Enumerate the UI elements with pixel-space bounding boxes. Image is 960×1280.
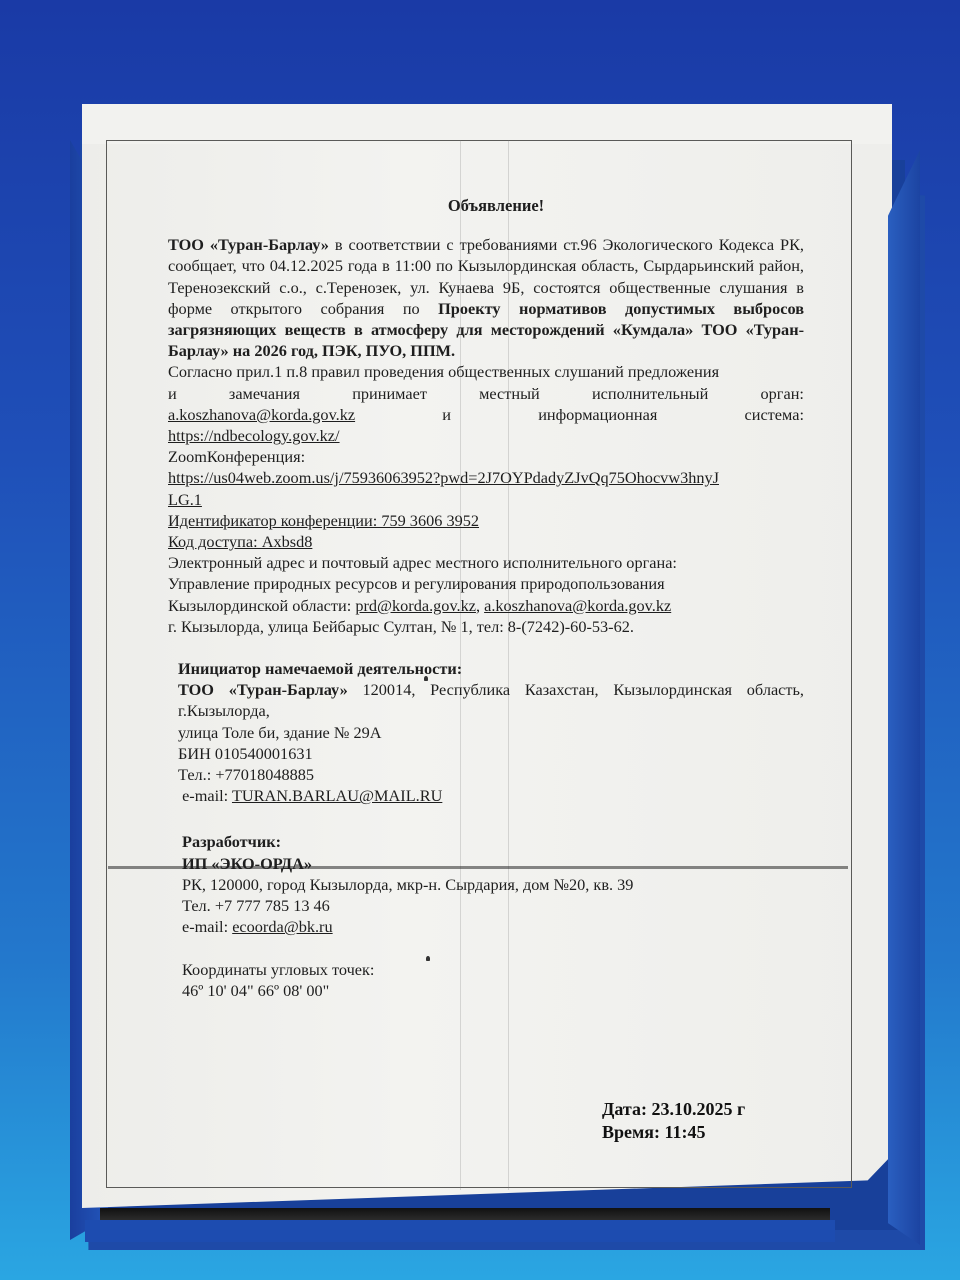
developer-heading: Разработчик: (182, 831, 804, 852)
ecology-website-link[interactable]: https://ndbecology.gov.kz/ (168, 425, 804, 446)
authority-line: Электронный адрес и почтовый адрес местн… (168, 552, 804, 573)
photo-timestamp: Дата: 23.10.2025 г Время: 11:45 (602, 1098, 745, 1144)
initiator-block: Инициатор намечаемой деятельности: ТОО «… (178, 658, 804, 806)
access-code: Код доступа: Axbsd8 (168, 532, 312, 551)
announcement-document: Объявление! ТОО «Туран-Барлау» в соответ… (168, 195, 804, 1001)
submissions-line: Согласно прил.1 п.8 правил проведения об… (168, 361, 804, 382)
separator: , (476, 596, 484, 615)
word: исполнительный (592, 383, 708, 404)
company-name: ТОО «Туран-Барлау» (168, 235, 329, 254)
authority-block: Электронный адрес и почтовый адрес местн… (168, 552, 804, 637)
email-label: e-mail: (178, 786, 232, 805)
initiator-company: ТОО «Туран-Барлау» (178, 680, 348, 699)
submissions-block: Согласно прил.1 п.8 правил проведения об… (168, 361, 804, 446)
document-title: Объявление! (188, 195, 804, 216)
word: замечания (229, 383, 300, 404)
word: и (442, 404, 451, 425)
developer-phone: Тел. +7 777 785 13 46 (182, 895, 804, 916)
initiator-street: улица Толе би, здание № 29А (178, 722, 804, 743)
developer-email-row: e-mail: ecoorda@bk.ru (182, 916, 804, 937)
word: система: (745, 404, 804, 425)
developer-address: РК, 120000, город Кызылорда, мкр-н. Сырд… (182, 874, 804, 895)
conference-id: Идентификатор конференции: 759 3606 3952 (168, 511, 479, 530)
word: и (168, 383, 177, 404)
stamp-time: Время: 11:45 (602, 1121, 745, 1144)
paper-top-edge (82, 104, 892, 144)
initiator-bin: БИН 010540001631 (178, 743, 804, 764)
initiator-heading: Инициатор намечаемой деятельности: (178, 658, 804, 679)
frame-right-edge (888, 150, 920, 1245)
initiator-address: ТОО «Туран-Барлау» 120014, Республика Ка… (178, 679, 804, 721)
authority-prefix: Кызылординской области: (168, 596, 355, 615)
developer-email-link[interactable]: ecoorda@bk.ru (232, 917, 332, 936)
stamp-date: Дата: 23.10.2025 г (602, 1098, 745, 1121)
word: орган: (761, 383, 804, 404)
email-label: e-mail: (182, 917, 232, 936)
initiator-phone: Тел.: +77018048885 (178, 764, 804, 785)
initiator-email-link[interactable]: TURAN.BARLAU@MAIL.RU (232, 786, 442, 805)
zoom-block: ZoomКонференция: https://us04web.zoom.us… (168, 446, 804, 552)
word: информационная (538, 404, 657, 425)
coordinates-value: 46º 10' 04" 66º 08' 00" (182, 980, 804, 1001)
submissions-line-2: и замечания принимает местный исполнител… (168, 383, 804, 404)
intro-paragraph: ТОО «Туран-Барлау» в соответствии с треб… (168, 234, 804, 361)
zoom-link[interactable]: https://us04web.zoom.us/j/75936063952?pw… (168, 467, 804, 488)
word: принимает (352, 383, 427, 404)
authority-email-link[interactable]: a.koszhanova@korda.gov.kz (168, 404, 355, 425)
zoom-link-continued[interactable]: LG.1 (168, 489, 804, 510)
coordinates-label: Координаты угловых точек: (182, 959, 804, 980)
authority-line: Управление природных ресурсов и регулиро… (168, 573, 804, 594)
initiator-email-row: e-mail: TURAN.BARLAU@MAIL.RU (178, 785, 804, 806)
word: местный (479, 383, 540, 404)
authority-emails: Кызылординской области: prd@korda.gov.kz… (168, 595, 804, 616)
authority-address: г. Кызылорда, улица Бейбарыс Султан, № 1… (168, 616, 804, 637)
developer-block: Разработчик: ИП «ЭКО-ОРДА» РК, 120000, г… (182, 831, 804, 1000)
zoom-label: ZoomКонференция: (168, 446, 804, 467)
koszhanova-email-link[interactable]: a.koszhanova@korda.gov.kz (484, 596, 671, 615)
frame-bottom-edge (85, 1220, 835, 1242)
prd-email-link[interactable]: prd@korda.gov.kz (355, 596, 476, 615)
submissions-line-3: a.koszhanova@korda.gov.kz и информационн… (168, 404, 804, 425)
developer-company: ИП «ЭКО-ОРДА» (182, 853, 804, 874)
